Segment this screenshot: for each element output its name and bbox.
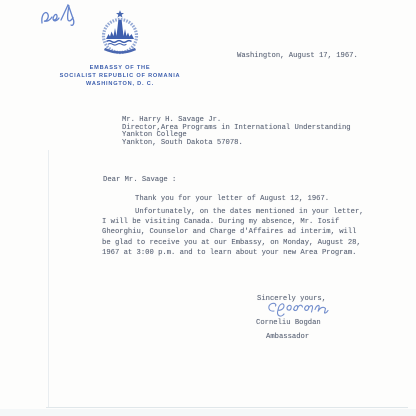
body-line: Thank you for your letter of August 12, … <box>102 194 364 204</box>
scan-edge-bottom-strip <box>0 409 416 416</box>
signatory-name: Corneliu Bogdan <box>256 319 321 327</box>
letterhead-org-line2: SOCIALIST REPUBLIC OF ROMANIA <box>30 72 210 80</box>
recipient-city-state-zip: Yankton, South Dakota 57078. <box>122 140 351 148</box>
body-line: 1967 at 3:00 p.m. and to learn about you… <box>102 248 364 258</box>
body-line: be glad to receive you at our Embassy, o… <box>102 238 364 248</box>
recipient-address: Mr. Harry H. Savage Jr. Director,Area Pr… <box>122 117 351 147</box>
letterhead-org-line3: WASHINGTON, D. C. <box>30 80 210 88</box>
letterhead-org-line1: EMBASSY OF THE <box>30 64 210 72</box>
scan-edge-vertical <box>48 150 49 408</box>
romania-coat-of-arms-icon <box>94 9 146 61</box>
signatory-title: Ambassador <box>266 333 309 341</box>
date-line: Washington, August 17, 1967. <box>237 52 358 60</box>
body-line: I will be visiting Canada. During my abs… <box>102 217 364 227</box>
body-line: Gheorghiu, Counselor and Charge d'Affair… <box>102 227 364 237</box>
body-line: Unfortunately, on the dates mentioned in… <box>102 207 364 217</box>
letter-body: Thank you for your letter of August 12, … <box>102 194 364 258</box>
scan-edge-horizontal <box>46 407 408 408</box>
letterhead: EMBASSY OF THE SOCIALIST REPUBLIC OF ROM… <box>30 9 210 88</box>
salutation: Dear Mr. Savage : <box>103 176 176 184</box>
